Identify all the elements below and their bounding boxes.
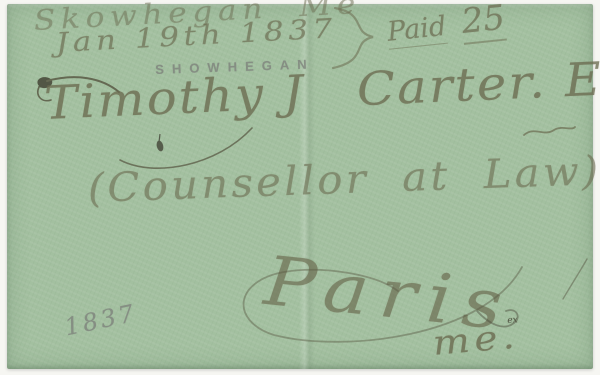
recipient-name-last-text: Carter. Esq — [356, 49, 600, 116]
paid-label: Paid — [386, 11, 448, 50]
scanned-cover-photo: Skowhegan Me Jan 19th 1837 Paid 25 SHOWH… — [0, 0, 600, 375]
paid-amount: 25 — [460, 0, 508, 45]
recipient-name-first: Timothy J — [43, 65, 306, 130]
ink-blot — [155, 140, 164, 152]
destination-state: me. — [431, 316, 521, 363]
docket-year: 1837 — [62, 299, 139, 342]
esqr-underline-flourish — [522, 122, 577, 140]
paid-marking: Paid 25 — [385, 0, 507, 53]
recipient-name-last: Carter. Esqr — [356, 48, 600, 116]
recipient-name: Timothy J Carter. Esqr — [43, 48, 600, 130]
envelope: Skowhegan Me Jan 19th 1837 Paid 25 SHOWH… — [7, 4, 593, 369]
date-brace-flourish — [327, 4, 382, 70]
stray-pen-stroke — [559, 257, 591, 301]
